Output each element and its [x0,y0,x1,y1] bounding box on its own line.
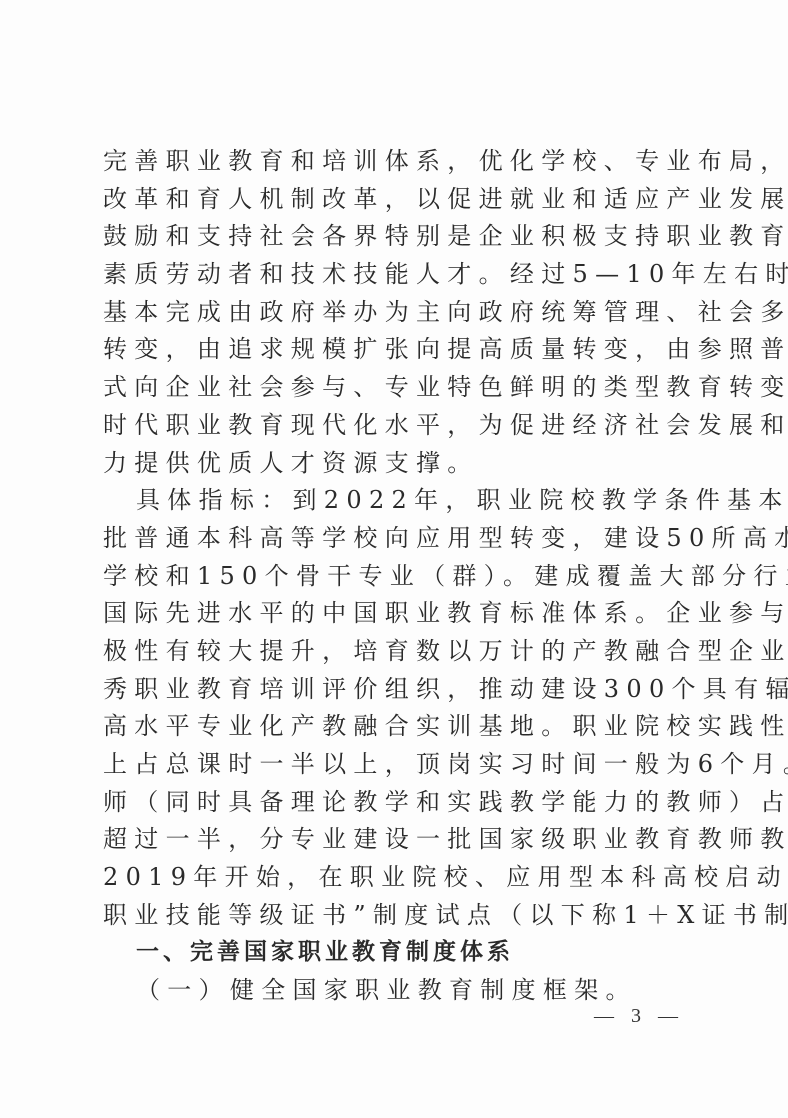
page-number: — 3 — [594,1005,684,1028]
text-line: 转变，由追求规模扩张向提高质量转变，由参照普通教育办学模 [103,331,693,369]
text-line: 职业技能等级证书”制度试点（以下称1＋X证书制度试点）工作。 [103,897,693,935]
text-line: 力提供优质人才资源支撑。 [103,445,693,483]
text-line: 时代职业教育现代化水平，为促进经济社会发展和提高国家竞争 [103,407,693,445]
text-line: 超过一半，分专业建设一批国家级职业教育教师教学创新团队。从 [103,821,693,859]
text-line: 式向企业社会参与、专业特色鲜明的类型教育转变，大幅提升新 [103,369,693,407]
text-line: 完善职业教育和培训体系，优化学校、专业布局，深化办学体制 [103,143,693,181]
text-line: 极性有较大提升，培育数以万计的产教融合型企业，打造一批优 [103,633,693,671]
document-page: 完善职业教育和培训体系，优化学校、专业布局，深化办学体制 改革和育人机制改革，以… [0,0,788,1118]
text-line: 批普通本科高等学校向应用型转变，建设50所高水平高等职业 [103,520,693,558]
text-line: 鼓励和支持社会各界特别是企业积极支持职业教育，着力培养高 [103,218,693,256]
section-heading: 一、完善国家职业教育制度体系 [103,934,693,972]
document-body: 完善职业教育和培训体系，优化学校、专业布局，深化办学体制 改革和育人机制改革，以… [103,143,693,1010]
text-line: 改革和育人机制改革，以促进就业和适应产业发展需求为导向， [103,181,693,219]
text-line: 秀职业教育培训评价组织，推动建设300个具有辐射引领作用的 [103,671,693,709]
text-line: 上占总课时一半以上，顶岗实习时间一般为6个月。“双师型”教 [103,746,693,784]
text-line: 国际先进水平的中国职业教育标准体系。企业参与职业教育的积 [103,595,693,633]
text-line: 高水平专业化产教融合实训基地。职业院校实践性教学课时原则 [103,708,693,746]
text-line: 基本完成由政府举办为主向政府统筹管理、社会多元办学的格局 [103,294,693,332]
text-line: 具体指标：到2022年，职业院校教学条件基本达标，一大 [103,482,693,520]
text-line: 师（同时具备理论教学和实践教学能力的教师）占专业课教师总数 [103,784,693,822]
text-line: 素质劳动者和技术技能人才。经过5—10年左右时间，职业教育 [103,256,693,294]
text-line: 学校和150个骨干专业（群）。建成覆盖大部分行业领域、具有 [103,558,693,596]
text-line: 2019年开始，在职业院校、应用型本科高校启动“学历证书＋若干 [103,859,693,897]
